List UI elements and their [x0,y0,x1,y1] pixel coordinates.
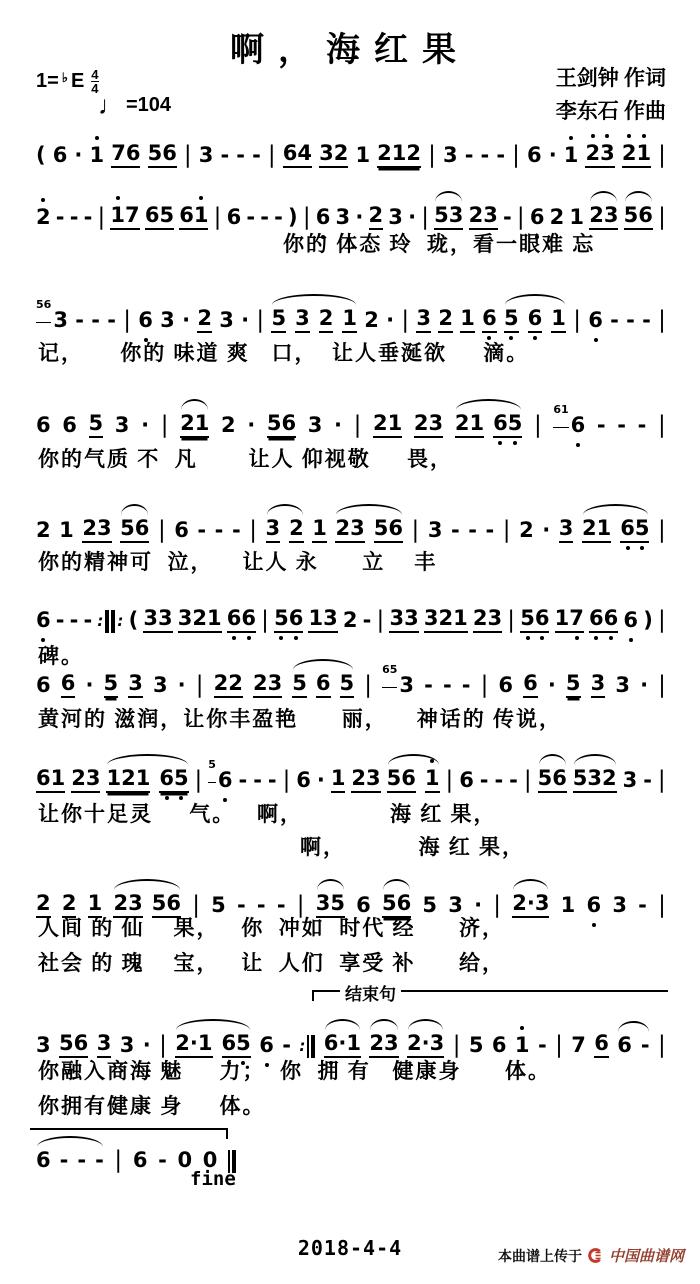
note: 56 [274,606,303,633]
note: 21 [582,516,611,543]
lyric-line: 社会 的 瑰 宝， 让 人们 享受 补 给， [38,947,505,977]
note: 3 [308,413,323,438]
note: - [480,768,489,793]
note: 3 [160,308,175,333]
note: 1 [564,143,579,168]
slur-group: 6--- [36,1148,104,1173]
note: 23 [473,606,502,633]
note: 3 [199,143,214,168]
note: - [481,143,490,168]
note: 3 [295,306,310,333]
note: 3 [336,205,351,230]
slur-group: 6- [617,1033,649,1058]
slur-group: 561 [387,766,440,793]
note: 22 [214,671,243,698]
note: - [239,768,248,793]
note: 2·3 [512,891,549,918]
note: 212 [377,141,421,168]
note: 6 [586,893,601,918]
note: - [77,1148,86,1173]
grace-note: 5 [208,759,216,783]
note: 3 [97,1031,112,1058]
barline: | [512,143,520,168]
slur-group: 56 [624,203,653,230]
note: · [178,673,186,698]
note: 23 [351,766,380,793]
music-line: 35633·|2·1656-:6·1232·3|561-|766-| [36,1028,666,1058]
note: 3 [128,671,143,698]
note: · [542,518,550,543]
note: 6 [588,308,603,333]
note: 3 [623,768,638,793]
time-signature-numerator: 4 [91,68,98,81]
slur-group: 23 [369,1031,398,1058]
note: 65 [159,766,188,793]
note: - [95,1148,104,1173]
credits: 王剑钟 作词 李东石 作曲 [556,62,666,127]
note: 56 [520,606,549,633]
upload-credit-text: 本曲谱上传于 [498,1246,582,1266]
note: 1 [561,893,576,918]
note: - [232,518,241,543]
note: 56 [267,411,296,438]
barline: | [114,1148,122,1173]
slur-group: 32 [266,516,304,543]
upload-credit-bar: 本曲谱上传于 中国曲谱网 [498,1245,684,1266]
note: 23 [335,516,364,543]
grace-note: 65 [382,664,397,688]
barline: | [503,518,511,543]
barline: | [658,413,666,438]
tempo-value: =104 [126,94,171,117]
repeat-sign-double: :: [97,609,123,633]
note: 2 [343,608,358,633]
note: 2 [364,308,379,333]
note: 17 [110,203,139,230]
note: 3 [266,516,281,543]
note: - [268,768,277,793]
note: - [253,768,262,793]
note: 6 [498,673,513,698]
barline: | [158,518,166,543]
slur-group: 2·3 [407,1031,444,1058]
note: 6 [53,143,68,168]
note: 3 [612,893,627,918]
note: · [334,413,342,438]
lyric-line: 你拥有健康 身 体。 [38,1090,266,1120]
note: 56 [374,516,403,543]
slur-group: 23 [589,203,618,230]
note: ) [643,608,653,633]
note: 1 [90,143,105,168]
barline: | [256,308,264,333]
music-line: 2---|176561|6---)|63·23·|5323-|6212356| [36,200,666,230]
note: - [252,143,261,168]
note: · [85,673,93,698]
note: 2 [519,518,534,543]
note: 2 [289,516,304,543]
note: - [70,205,79,230]
tempo-marking: ♩ =104 [98,92,171,118]
barline: | [445,768,453,793]
note: 6 [617,1033,632,1058]
note: 2 [36,518,51,543]
note: 121 [106,766,150,793]
note: 65 [493,411,522,438]
barline: | [354,413,362,438]
note: 3 [591,671,606,698]
note: 5 [89,411,104,438]
note: 3 [428,518,443,543]
flat-accidental-icon: ♭ [62,70,68,86]
note: - [424,673,433,698]
note: 66 [589,606,618,633]
key-note: E [71,70,84,93]
slur-group: 532 [573,766,617,793]
note: 6 [527,143,542,168]
note: 61 [36,766,65,793]
barline: | [658,308,666,333]
note: 6 [594,1031,609,1058]
music-line: 563---|63·23·|53212·|3216561|6---| [36,303,666,333]
note: 17 [555,606,584,633]
barline: | [428,143,436,168]
barline: | [377,608,385,633]
note: 7 [571,1033,586,1058]
slur-group: 565 [292,671,354,698]
note: 56 [624,203,653,230]
note: 6·1 [324,1031,361,1058]
ending-phrase-label: 结束句 [340,980,401,1005]
lyric-line: 啊， 海 红 果， [300,831,525,861]
note: - [494,768,503,793]
lyric-line: 记， 你的 味道 爽 口， 让人垂涎欲 滴。 [38,337,529,367]
lyric-line: 让你十足灵 气。 啊， 海 红 果， [38,798,497,828]
note: 53 [434,203,463,230]
note: - [468,518,477,543]
lyric-line: 黄河的 滋润，让你丰盈艳 丽， 神话的 传说， [38,703,562,733]
note: - [465,143,474,168]
note: 56 [387,766,416,793]
note: 56 [208,768,232,793]
note: 532 [573,766,617,793]
note: 6 [36,673,51,698]
note: 6 [133,1148,148,1173]
note: 6 [482,306,497,333]
note: · [182,308,190,333]
barline: | [123,308,131,333]
barline: | [249,518,257,543]
note: - [486,518,495,543]
note: 56 [59,1031,88,1058]
note: 2 [197,306,212,333]
note: 23 [585,141,614,168]
note: · [549,143,557,168]
barline: | [555,1033,563,1058]
barline: | [658,143,666,168]
music-line: 6653·|212·563·|21232165|616---| [36,408,666,438]
note: - [84,205,93,230]
barline: | [658,768,666,793]
note: 321 [178,606,222,633]
music-line: 66·533·|2223565|653---|66·533·| [36,668,666,698]
note: 65 [620,516,649,543]
composer-credit: 李东石 作曲 [556,95,666,128]
note: - [84,608,93,633]
note: 1 [312,516,327,543]
note: - [56,608,65,633]
lyric-line: 人间 的 仙 果， 你 冲如 时代 经 济， [38,912,505,942]
note: 23 [589,203,618,230]
note: 1 [59,518,74,543]
note: - [363,608,372,633]
note: 23 [414,411,443,438]
slur-group: 2·165 [175,1031,250,1058]
barline: | [524,768,532,793]
barline: | [195,768,203,793]
note: 6 [227,205,242,230]
note: 6 [459,768,474,793]
barline: | [658,608,666,633]
note: 23 [253,671,282,698]
note: 56 [148,141,177,168]
lyric-line: 碑。 [38,640,84,670]
note: - [236,143,245,168]
barline: | [283,768,291,793]
note: - [56,205,65,230]
note: - [597,413,606,438]
note: 33 [143,606,172,633]
note: 6 [36,1148,51,1173]
note: 6 [316,205,331,230]
barline: | [412,518,420,543]
quarter-note-icon: ♩ [98,92,124,118]
note: - [60,1148,69,1173]
note: 3 [219,308,234,333]
note: 23 [469,203,498,230]
slur-group: 2356 [335,516,403,543]
music-line: 212356|6---|3212356|3---|2·32165| [36,513,666,543]
note: - [617,413,626,438]
barline: | [214,205,222,230]
note: - [642,308,651,333]
note: 23 [369,1031,398,1058]
note: · [408,205,416,230]
note: - [451,518,460,543]
barline: | [161,413,169,438]
lyric-line: 你的气质 不 凡 让人 仰视敬 畏， [38,443,453,473]
note: · [548,673,556,698]
note: 23 [82,516,111,543]
note: 6 [62,413,77,438]
note: 5 [340,671,355,698]
note: · [241,308,249,333]
grace-note: 61 [553,404,568,428]
lyric-line: 你的精神可 泣， 让人 永 立 丰 [38,546,437,576]
note: 3 [559,516,574,543]
note: 321 [424,606,468,633]
barline: | [507,608,515,633]
note: 32 [319,141,348,168]
note: 3 [153,673,168,698]
note: 65 [145,203,174,230]
note: - [610,308,619,333]
barline: | [364,673,372,698]
note: 6 [36,413,51,438]
barline: | [401,308,409,333]
note: - [643,768,652,793]
note: - [91,308,100,333]
note: 2 [221,413,236,438]
slur-group: 2165 [455,411,523,438]
barline: | [658,673,666,698]
note: 21 [622,141,651,168]
note: · [247,413,255,438]
slur-group: 56 [120,516,149,543]
note: · [386,308,394,333]
note: 21 [180,411,209,438]
slur-group: 5321 [271,306,357,333]
barline: | [658,518,666,543]
note: - [503,205,512,230]
music-line: 612312165|56---|6·123561|6---|565323-| [36,763,666,793]
note: 6 [138,308,153,333]
barline: | [658,1033,666,1058]
note: 6 [296,768,311,793]
note: 3 [443,143,458,168]
note: - [158,1148,167,1173]
note: 5 [271,306,286,333]
note: 2 [369,203,384,230]
note: 1 [425,766,440,793]
note: ( [129,608,139,633]
note: · [74,143,82,168]
note: 653 [382,673,414,698]
slur-group: 2165 [582,516,650,543]
note: 1 [551,306,566,333]
note: - [638,893,647,918]
note: - [107,308,116,333]
note: - [215,518,224,543]
note: 2 [550,205,565,230]
barline: | [268,143,276,168]
note: · [355,205,363,230]
note: - [260,205,269,230]
barline: | [261,608,269,633]
note: 66 [227,606,256,633]
note: 1 [569,205,584,230]
barline: | [421,205,429,230]
note: 6 [316,671,331,698]
lyric-line: 你的 体态 玲 珑，看一眼难 忘 [283,228,595,258]
barline: | [303,205,311,230]
site-logo-icon [587,1247,604,1264]
barline: | [658,893,666,918]
note: 21 [455,411,484,438]
note: 5 [504,306,519,333]
note: 563 [36,308,68,333]
slur-group: 56 [538,766,567,793]
slur-group: 53 [434,203,463,230]
note: 616 [553,413,585,438]
key-signature: 1=♭E 4 4 [36,68,99,95]
barline: | [196,673,204,698]
note: 1 [342,306,357,333]
note: 1 [355,143,370,168]
ending-bracket [30,1128,228,1139]
note: 61 [179,203,208,230]
note: - [274,205,283,230]
note: 2·1 [175,1031,212,1058]
note: 5 [566,671,581,698]
note: - [197,518,206,543]
note: - [246,205,255,230]
key-prefix: 1= [36,70,59,93]
note: · [317,768,325,793]
note: 13 [308,606,337,633]
note: 6 [528,306,543,333]
slur-group: 6·1 [324,1031,361,1058]
barline: | [658,205,666,230]
barline: | [97,205,105,230]
note: 2·3 [407,1031,444,1058]
note: - [496,143,505,168]
slur-group: 21 [180,411,209,438]
note: - [75,308,84,333]
lyricist-credit: 王剑钟 作词 [556,62,666,95]
site-name: 中国曲谱网 [609,1245,684,1266]
note: 21 [373,411,402,438]
music-line: (6·17656|3---|64321212|3---|6·12321| [36,138,666,168]
note: 6 [530,205,545,230]
barline: | [534,413,542,438]
slur-group: 561 [504,306,566,333]
note: 56 [538,766,567,793]
note: 1 [331,766,346,793]
note: 1 [460,306,475,333]
note: 33 [389,606,418,633]
music-line: 6---::(3332166|56132-|3332123|5617666)| [36,603,666,633]
lyric-line: 你融入商海 魅 力； 你 拥 有 健康身 体。 [38,1055,551,1085]
note: - [641,1033,650,1058]
note: ) [288,205,298,230]
note: 6 [36,608,51,633]
note: 76 [111,141,140,168]
note: 56 [120,516,149,543]
note: - [626,308,635,333]
barline: | [184,143,192,168]
grace-note: 56 [36,299,51,323]
note: 2 [319,306,334,333]
note: - [509,768,518,793]
note: - [462,673,471,698]
note: 23 [71,766,100,793]
note: - [70,608,79,633]
note: - [638,413,647,438]
note: 2 [36,205,51,230]
slur-group: 12165 [106,766,188,793]
barline: | [481,673,489,698]
note: 3 [115,413,130,438]
note: 64 [283,141,312,168]
note: · [141,413,149,438]
note: - [220,143,229,168]
note: 3 [416,306,431,333]
note: 3 [615,673,630,698]
note: 5 [292,671,307,698]
slur-group: 2·3 [512,891,549,918]
note: 6 [523,671,538,698]
